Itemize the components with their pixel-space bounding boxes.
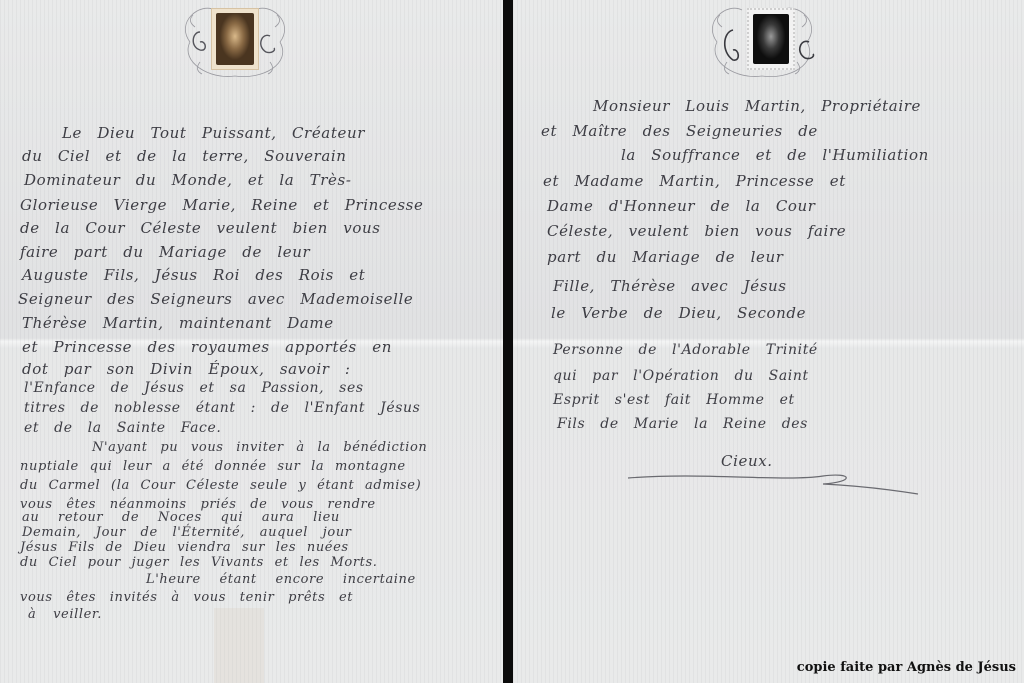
text-line: Personne de l'Adorable Trinité (553, 342, 818, 358)
text-line: Monsieur Louis Martin, Propriétaire (593, 97, 921, 115)
text-line: titres de noblesse étant : de l'Enfant J… (24, 400, 420, 416)
text-line: Dame d'Honneur de la Cour (547, 197, 816, 215)
text-line: la Souffrance et de l'Humiliation (621, 146, 929, 164)
text-line: Seigneur des Seigneurs avec Mademoiselle (18, 290, 413, 308)
copy-credit-caption: copie faite par Agnès de Jésus (797, 660, 1016, 675)
text-line: Thérèse Martin, maintenant Dame (22, 314, 334, 332)
page-divider (503, 0, 513, 683)
text-line: du Ciel pour juger les Vivants et les Mo… (20, 555, 378, 570)
holy-face-stamp-icon (211, 8, 259, 70)
text-line: de la Cour Céleste veulent bien vous (20, 219, 381, 237)
text-line: Céleste, veulent bien vous faire (547, 222, 846, 240)
text-line: Le Dieu Tout Puissant, Créateur (62, 124, 365, 142)
text-line: et Maître des Seigneuries de (541, 122, 818, 140)
monogram-emblem (170, 2, 300, 82)
text-line: et Princesse des royaumes apportés en (22, 338, 392, 356)
text-line: du Ciel et de la terre, Souverain (22, 147, 347, 165)
text-line: part du Mariage de leur (547, 248, 784, 266)
text-line: faire part du Mariage de leur (20, 243, 310, 261)
text-line: l'Enfance de Jésus et sa Passion, ses (24, 380, 364, 396)
text-line: du Carmel (la Cour Céleste seule y étant… (20, 478, 421, 493)
text-line: N'ayant pu vous inviter à la bénédiction (92, 440, 427, 455)
letter-page-left: Le Dieu Tout Puissant, Créateur du Ciel … (0, 0, 503, 683)
letter-page-right: Monsieur Louis Martin, Propriétaire et M… (513, 0, 1024, 683)
text-line: Auguste Fils, Jésus Roi des Rois et (22, 266, 365, 284)
text-line: et Madame Martin, Princesse et (543, 172, 846, 190)
text-line: le Verbe de Dieu, Seconde (551, 304, 806, 322)
text-line: Fille, Thérèse avec Jésus (553, 277, 787, 295)
text-line: et de la Sainte Face. (24, 420, 221, 436)
text-line: nuptiale qui leur a été donnée sur la mo… (20, 459, 406, 474)
monogram-emblem (697, 2, 827, 82)
text-line: Glorieuse Vierge Marie, Reine et Princes… (20, 196, 423, 214)
text-line: au retour de Noces qui aura lieu (22, 510, 340, 525)
text-line: Dominateur du Monde, et la Très- (24, 171, 351, 189)
text-line: Demain, Jour de l'Éternité, auquel jour (22, 525, 352, 540)
text-line: qui par l'Opération du Saint (553, 368, 809, 384)
text-line: Esprit s'est fait Homme et (553, 392, 795, 408)
paper-stain (214, 608, 264, 683)
holy-face-stamp-icon (747, 8, 795, 70)
text-line: Fils de Marie la Reine des (557, 416, 808, 432)
text-line: dot par son Divin Époux, savoir : (22, 360, 351, 378)
underline-flourish-icon (623, 468, 923, 498)
text-line: Jésus Fils de Dieu viendra sur les nuées (20, 540, 349, 555)
